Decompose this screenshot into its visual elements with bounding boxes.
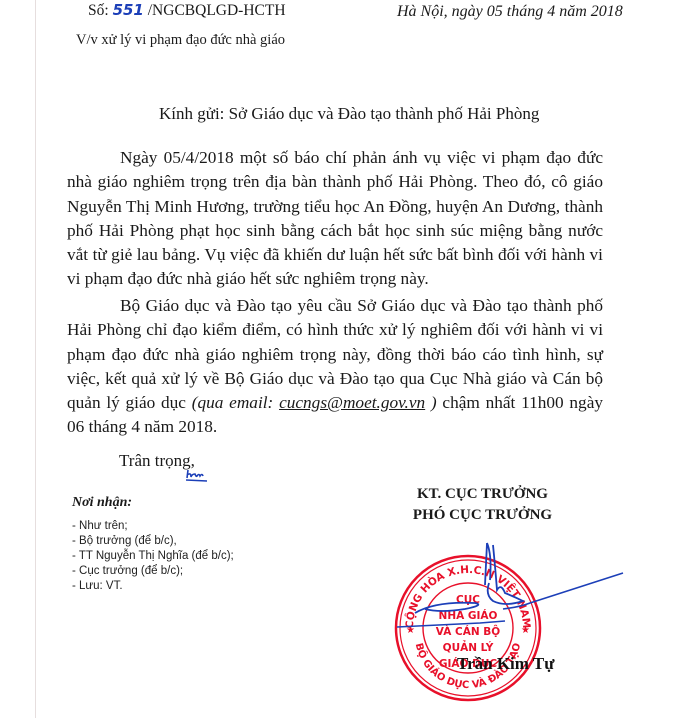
number-suffix: /NGCBQLGD-HCTH xyxy=(144,2,286,19)
handwritten-number: 551 xyxy=(113,1,144,19)
body-paragraph-1: Ngày 05/4/2018 một số báo chí phản ánh v… xyxy=(67,146,603,292)
salutation: Kính gửi: Sở Giáo dục và Đào tạo thành p… xyxy=(159,104,539,124)
recipient-item: - Lưu: VT. xyxy=(72,579,234,594)
body-paragraph-2: Bộ Giáo dục và Đào tạo yêu cầu Sở Giáo d… xyxy=(67,294,603,440)
recipients-label: Nơi nhận: xyxy=(72,495,132,511)
signatory-name: Trần Kim Tự xyxy=(457,654,554,674)
signatory-title: KT. CỤC TRƯỞNG PHÓ CỤC TRƯỞNG xyxy=(400,484,565,526)
recipients-list: - Như trên; - Bộ trưởng (để b/c), - TT N… xyxy=(72,519,234,594)
email-prefix: (qua email: xyxy=(192,393,279,412)
initial-signature-icon xyxy=(185,469,211,483)
email-link[interactable]: cucngs@moet.gov.vn xyxy=(279,393,425,412)
closing: Trân trọng, xyxy=(119,451,195,471)
recipient-item: - Cục trưởng (để b/c); xyxy=(72,564,234,579)
recipient-item: - Như trên; xyxy=(72,519,234,534)
handwritten-signature-icon xyxy=(395,535,625,645)
title-line-1: KT. CỤC TRƯỞNG xyxy=(400,484,565,505)
recipient-item: - TT Nguyễn Thị Nghĩa (để b/c); xyxy=(72,549,234,564)
number-prefix: Số: xyxy=(88,2,109,19)
email-note: (qua email: cucngs@moet.gov.vn ) xyxy=(192,393,437,412)
place-date: Hà Nội, ngày 05 tháng 4 năm 2018 xyxy=(397,3,623,21)
title-line-2: PHÓ CỤC TRƯỞNG xyxy=(400,505,565,526)
scan-edge-line xyxy=(35,0,36,718)
document-subject: V/v xử lý vi phạm đạo đức nhà giáo xyxy=(76,32,285,49)
email-suffix: ) xyxy=(425,393,437,412)
document-number: Số: 551 /NGCBQLGD-HCTH xyxy=(88,1,286,20)
recipient-item: - Bộ trưởng (để b/c), xyxy=(72,534,234,549)
